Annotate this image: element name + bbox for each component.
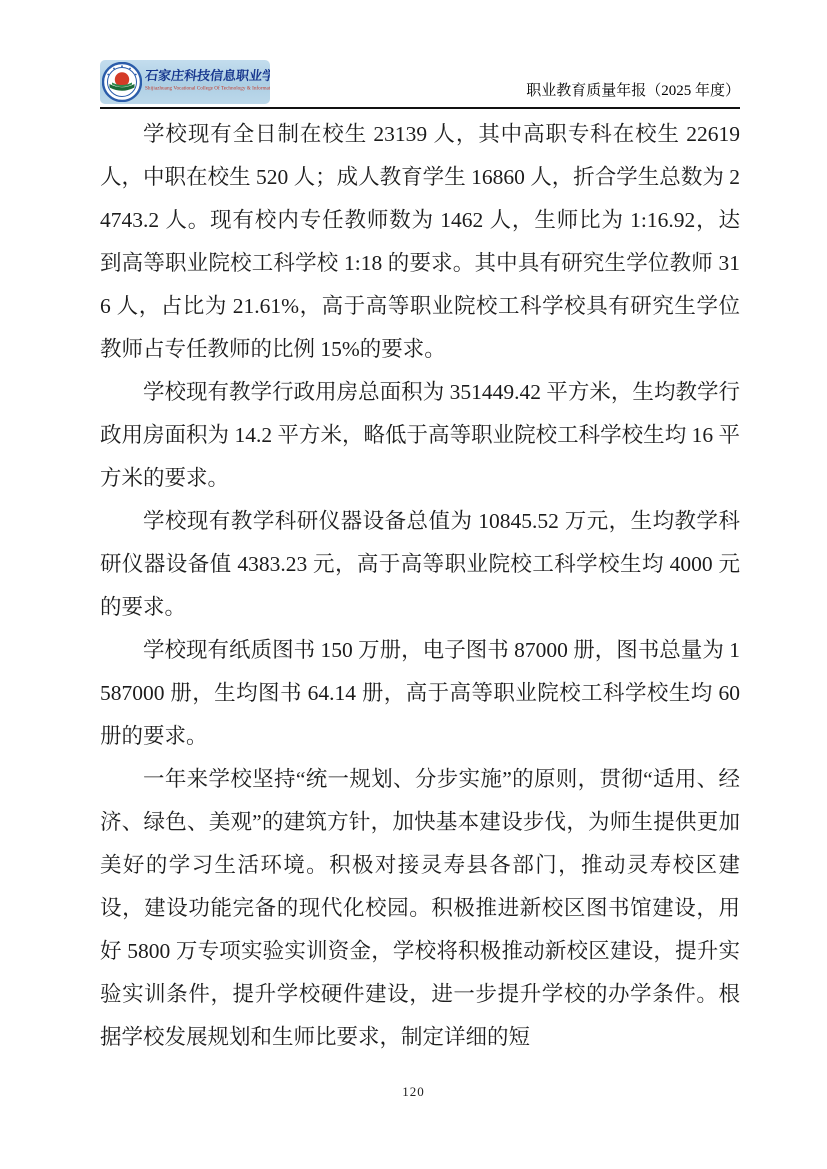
college-name-en: Shijiazhuang Vocational College Of Techn… [145, 86, 208, 91]
page-footer: 120 [0, 1083, 827, 1101]
page-number: 120 [402, 1084, 425, 1099]
college-name-zh: 石家庄科技信息职业学院 [144, 68, 267, 84]
college-emblem-icon [102, 62, 142, 102]
page-header: 石家庄科技信息职业学院 Shijiazhuang Vocational Coll… [100, 60, 740, 109]
paragraph-enrollment: 学校现有全日制在校生 23139 人，其中高职专科在校生 22619 人，中职在… [100, 113, 740, 371]
paragraph-equipment-value: 学校现有教学科研仪器设备总值为 10845.52 万元，生均教学科研仪器设备值 … [100, 500, 740, 629]
document-body: 学校现有全日制在校生 23139 人，其中高职专科在校生 22619 人，中职在… [100, 113, 740, 1059]
paragraph-campus-construction: 一年来学校坚持“统一规划、分步实施”的原则，贯彻“适用、经济、绿色、美观”的建筑… [100, 758, 740, 1059]
paragraph-library-books: 学校现有纸质图书 150 万册，电子图书 87000 册，图书总量为 15870… [100, 629, 740, 758]
college-logo: 石家庄科技信息职业学院 Shijiazhuang Vocational Coll… [100, 60, 270, 104]
college-name-block: 石家庄科技信息职业学院 Shijiazhuang Vocational Coll… [145, 68, 266, 96]
report-title: 职业教育质量年报（2025 年度） [526, 80, 740, 104]
paragraph-building-area: 学校现有教学行政用房总面积为 351449.42 平方米，生均教学行政用房面积为… [100, 371, 740, 500]
document-page: 石家庄科技信息职业学院 Shijiazhuang Vocational Coll… [0, 0, 827, 1169]
